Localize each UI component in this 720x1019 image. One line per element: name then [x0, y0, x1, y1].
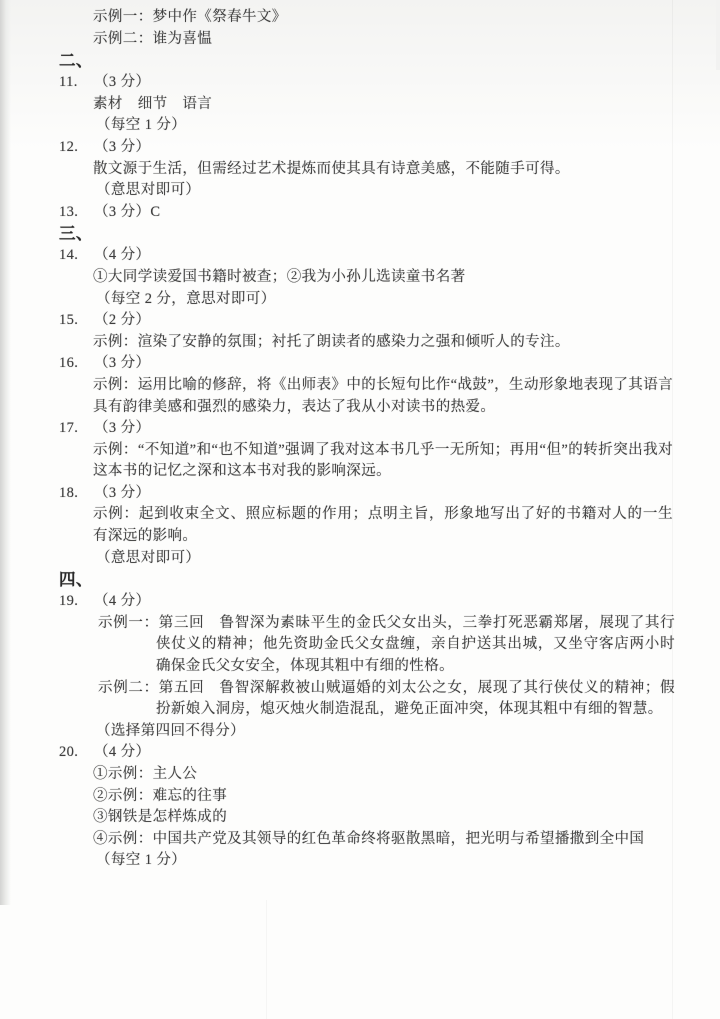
answer-paragraph: 示例：“不知道”和“也不知道”强调了我对这本书几乎一无所知；再用“但”的转折突出…	[93, 440, 673, 483]
question-line-19: 19.（4 分）	[59, 591, 720, 613]
question-score: （2 分）	[94, 312, 150, 328]
scan-fold-line	[266, 900, 267, 1019]
question-number: 20.	[59, 742, 94, 764]
question-number: 16.	[59, 353, 94, 375]
answer-line: ①大同学读爱国书籍时被查；②我为小孙儿选读童书名著	[93, 267, 673, 289]
answer-line: ③钢铁是怎样炼成的	[93, 807, 673, 829]
answer-paragraph: 示例：运用比喻的修辞，将《出师表》中的长短句比作“战鼓”，生动形象地表现了其语言…	[93, 375, 673, 418]
question-line-12: 12.（3 分）	[59, 137, 720, 159]
answer-key-page: 示例一：梦中作《祭春牛文》 示例二：谁为喜愠 二、 11.（3 分） 素材 细节…	[0, 7, 720, 872]
scoring-note: （每空 1 分）	[96, 115, 720, 137]
question-number: 15.	[59, 310, 94, 332]
answer-line: 散文源于生活，但需经过艺术提炼而使其具有诗意美感，不能随手可得。	[93, 159, 673, 181]
question-score: （3 分）	[94, 74, 150, 90]
question-number: 19.	[59, 591, 94, 613]
answer-line: ②示例：难忘的往事	[93, 786, 673, 808]
answer-line: ①示例：主人公	[93, 764, 673, 786]
scoring-note: （意思对即可）	[96, 180, 720, 202]
answer-line: 示例：渲染了安静的氛围；衬托了朗读者的感染力之强和倾听人的专注。	[93, 332, 673, 354]
question-score: （3 分）C	[94, 204, 160, 220]
scoring-note: （选择第四回不得分）	[96, 721, 720, 743]
answer-paragraph: 示例：起到收束全文、照应标题的作用；点明主旨，形象地写出了好的书籍对人的一生有深…	[93, 504, 673, 547]
scoring-note: （意思对即可）	[96, 548, 720, 570]
question-line-16: 16.（3 分）	[59, 353, 720, 375]
question-line-18: 18.（3 分）	[59, 483, 720, 505]
answer-line: ④示例：中国共产党及其领导的红色革命终将驱散黑暗，把光明与希望播撒到全中国	[93, 829, 673, 851]
example-label: 示例一：	[98, 615, 159, 631]
question-line-11: 11.（3 分）	[59, 72, 720, 94]
scoring-note: （每空 1 分）	[96, 850, 720, 872]
question-line-17: 17.（3 分）	[59, 418, 720, 440]
question-score: （4 分）	[94, 247, 150, 263]
section-heading-3: 三、	[59, 223, 720, 245]
section-heading-2: 二、	[59, 50, 720, 72]
question-number: 13.	[59, 202, 94, 224]
question-score: （3 分）	[94, 139, 150, 155]
question-score: （3 分）	[94, 420, 150, 436]
question-number: 11.	[59, 72, 94, 94]
example-line: 示例一：梦中作《祭春牛文》	[93, 7, 720, 29]
question-line-13: 13.（3 分）C	[59, 202, 720, 224]
example-text: 第五回 鲁智深解救被山贼逼婚的刘太公之女，展现了其行侠仗义的精神；假扮新娘入洞房…	[156, 680, 675, 718]
question-number: 14.	[59, 245, 94, 267]
question-line-20: 20.（4 分）	[59, 742, 720, 764]
example-answer-paragraph: 示例二：第五回 鲁智深解救被山贼逼婚的刘太公之女，展现了其行侠仗义的精神；假扮新…	[98, 678, 675, 721]
section-heading-4: 四、	[59, 569, 720, 591]
question-score: （4 分）	[94, 593, 150, 609]
question-score: （4 分）	[94, 744, 150, 760]
answer-line: 素材 细节 语言	[93, 94, 673, 116]
example-text: 第三回 鲁智深为素昧平生的金氏父女出头，三拳打死恶霸郑屠，展现了其行侠仗义的精神…	[156, 615, 675, 674]
question-line-15: 15.（2 分）	[59, 310, 720, 332]
question-line-14: 14.（4 分）	[59, 245, 720, 267]
question-number: 12.	[59, 137, 94, 159]
question-number: 18.	[59, 483, 94, 505]
scoring-note: （每空 2 分，意思对即可）	[96, 289, 720, 311]
question-score: （3 分）	[94, 355, 150, 371]
example-line: 示例二：谁为喜愠	[93, 29, 720, 51]
question-score: （3 分）	[94, 485, 150, 501]
example-answer-paragraph: 示例一：第三回 鲁智深为素昧平生的金氏父女出头，三拳打死恶霸郑屠，展现了其行侠仗…	[98, 613, 675, 678]
question-number: 17.	[59, 418, 94, 440]
example-label: 示例二：	[98, 680, 159, 696]
